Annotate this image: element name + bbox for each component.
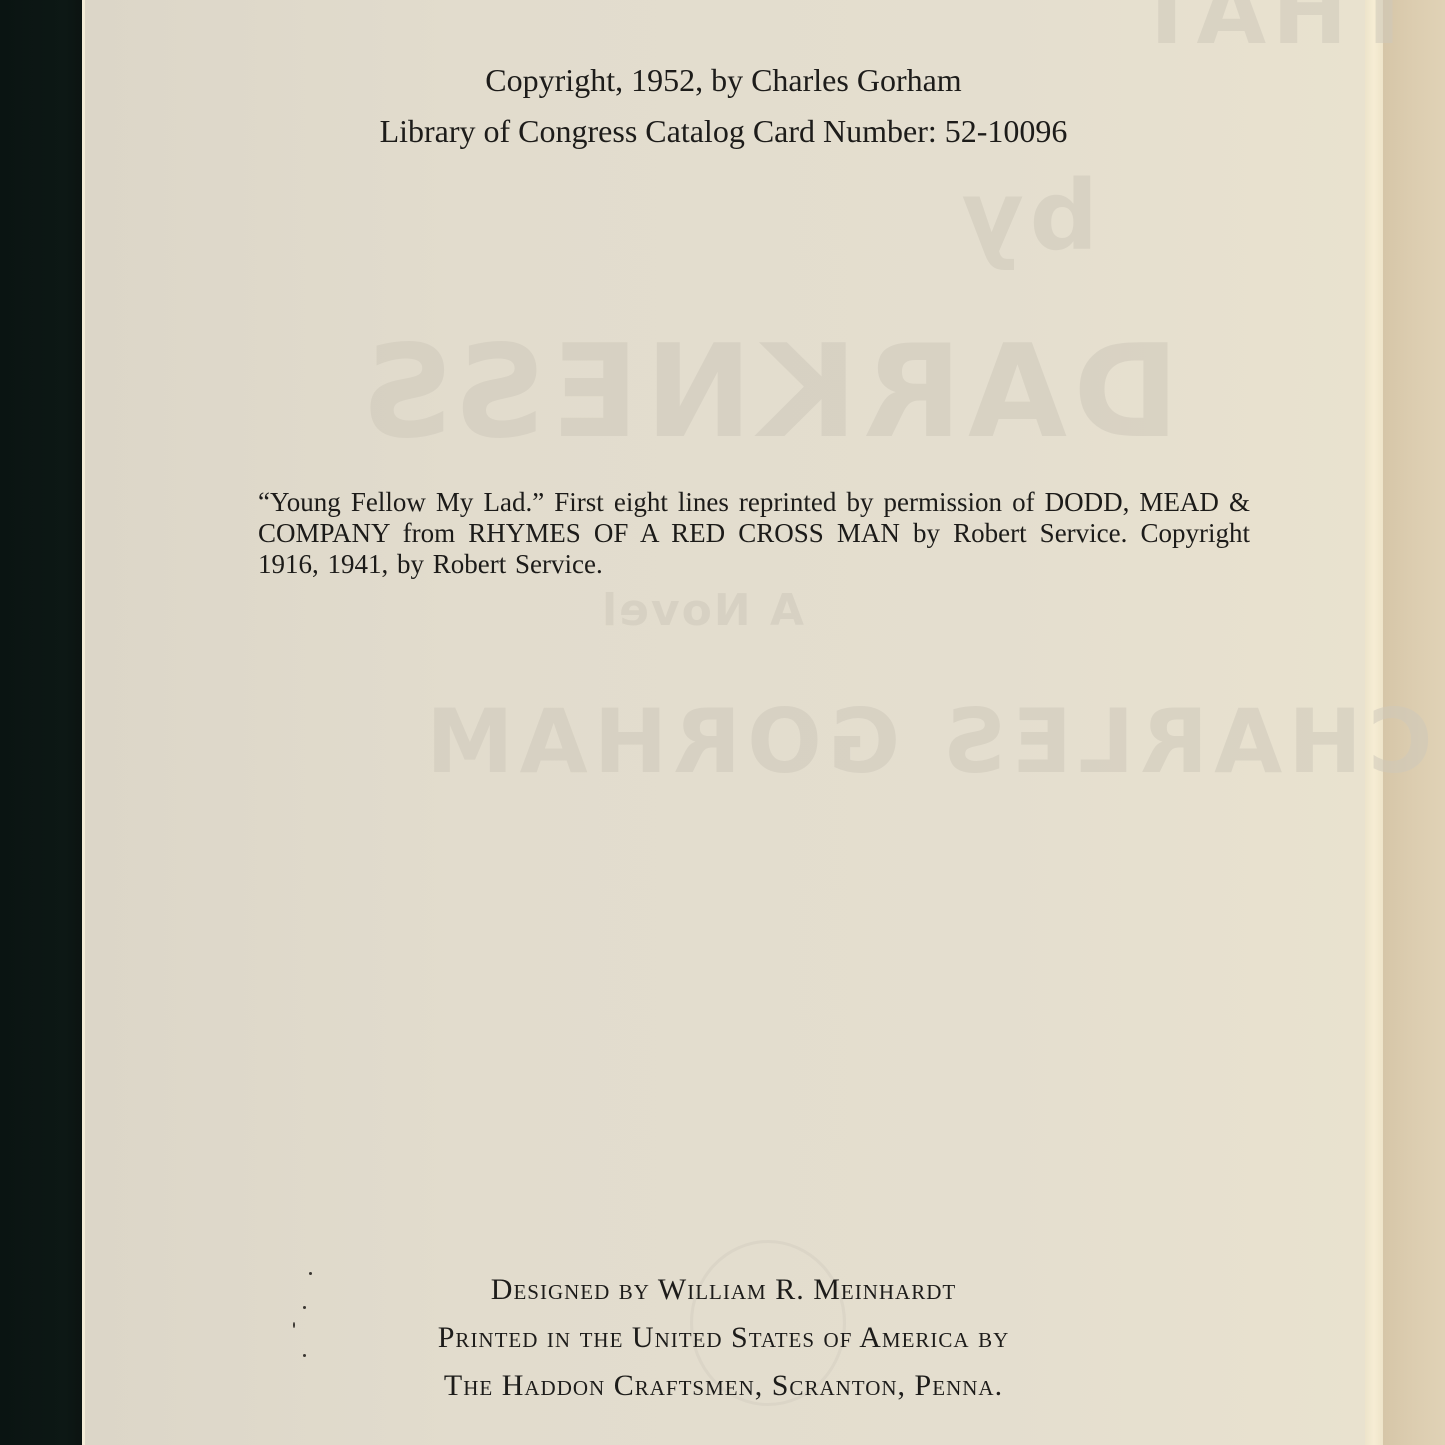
colophon: Designed by William R. Meinhardt Printed… xyxy=(82,1266,1365,1410)
show-through-by: by xyxy=(955,160,1098,272)
printer-credit: Printed in the United States of America … xyxy=(82,1314,1365,1362)
copyright-notice: Copyright, 1952, by Charles Gorham Libra… xyxy=(82,55,1365,157)
dark-background xyxy=(0,0,82,1445)
show-through-title: DARKNESS xyxy=(355,318,1179,467)
page-edge xyxy=(82,0,85,1445)
show-through-subtitle: A Novel xyxy=(600,585,804,636)
printer-location: The Haddon Craftsmen, Scranton, Penna. xyxy=(82,1362,1365,1410)
copyright-line: Copyright, 1952, by Charles Gorham xyxy=(82,55,1365,106)
show-through-author: CHARLES GORHAM xyxy=(420,690,1432,793)
designer-credit: Designed by William R. Meinhardt xyxy=(82,1266,1365,1314)
catalog-number-line: Library of Congress Catalog Card Number:… xyxy=(82,106,1365,157)
permission-notice: “Young Fellow My Lad.” First eight lines… xyxy=(258,487,1250,580)
